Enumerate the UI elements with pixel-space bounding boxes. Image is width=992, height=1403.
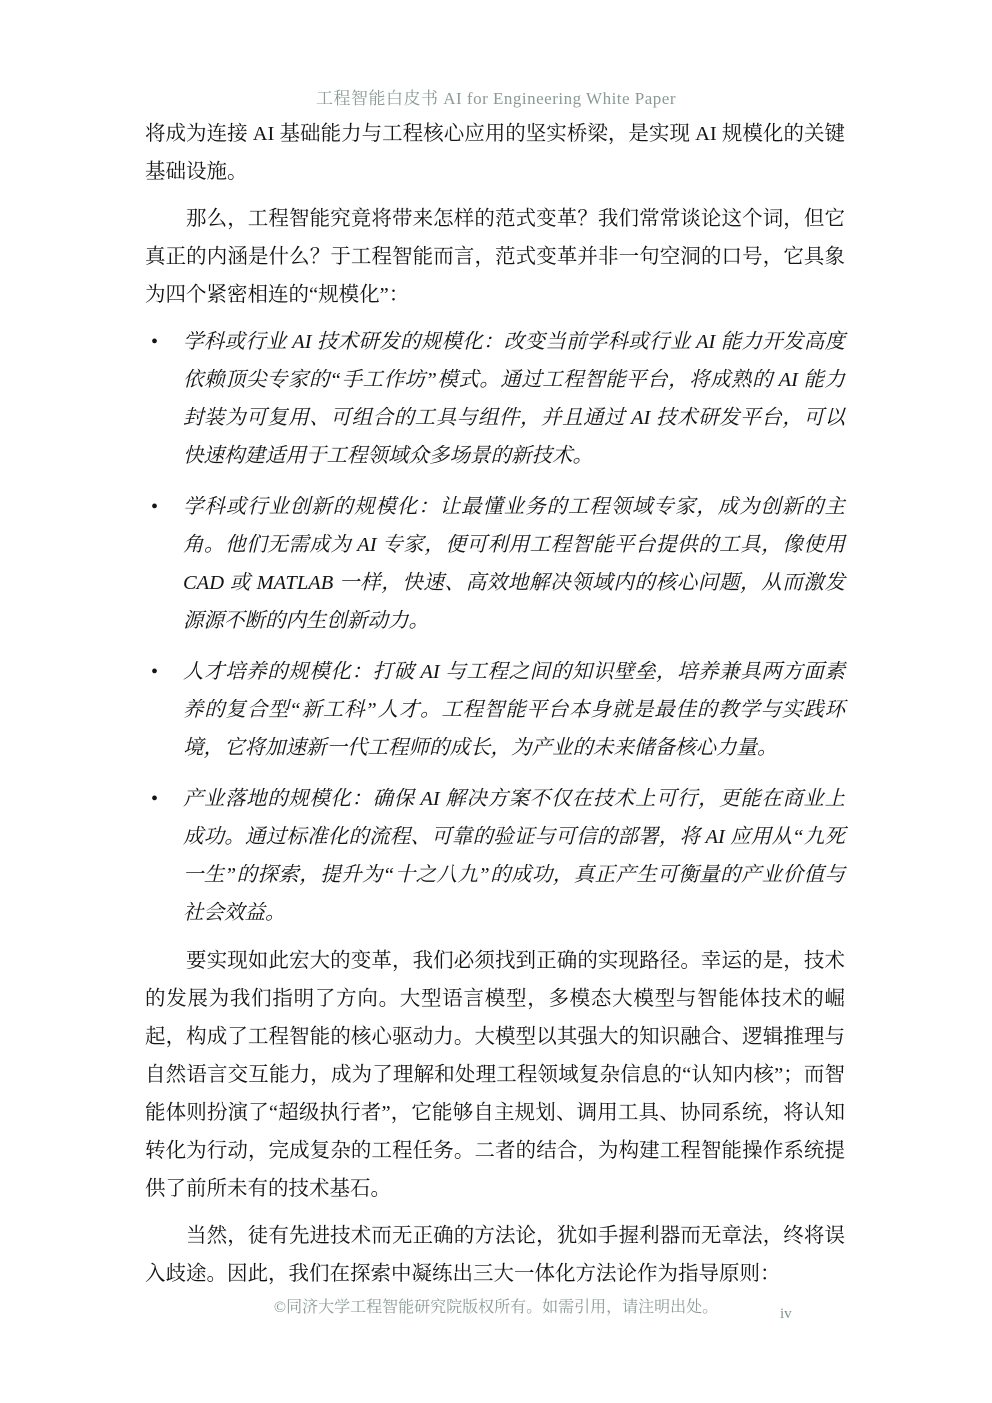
document-page: 工程智能白皮书 AI for Engineering White Paper 将… — [0, 0, 992, 1403]
page-body: 将成为连接 AI 基础能力与工程核心应用的坚实桥梁，是实现 AI 规模化的关键基… — [145, 115, 845, 1302]
bullet-text: 学科或行业创新的规模化：让最懂业务的工程领域专家，成为创新的主角。他们无需成为 … — [183, 496, 845, 632]
running-header: 工程智能白皮书 AI for Engineering White Paper — [0, 84, 992, 109]
bullet-text: 产业落地的规模化：确保 AI 解决方案不仅在技术上可行，更能在商业上成功。通过标… — [183, 788, 845, 924]
bullet-item-tech-rd-scaling: • 学科或行业 AI 技术研发的规模化：改变当前学科或行业 AI 能力开发高度依… — [145, 323, 845, 475]
bullet-icon: • — [151, 488, 158, 526]
paragraph-paradigm-shift-intro: 那么，工程智能究竟将带来怎样的范式变革？我们常常谈论这个词，但它真正的内涵是什么… — [145, 200, 845, 314]
bullet-item-innovation-scaling: • 学科或行业创新的规模化：让最懂业务的工程领域专家，成为创新的主角。他们无需成… — [145, 488, 845, 640]
bullet-text: 人才培养的规模化：打破 AI 与工程之间的知识壁垒，培养兼具两方面素养的复合型“… — [183, 661, 845, 759]
bullet-icon: • — [151, 323, 158, 361]
page-number: iv — [780, 1306, 792, 1323]
bullet-text: 学科或行业 AI 技术研发的规模化：改变当前学科或行业 AI 能力开发高度依赖顶… — [183, 331, 845, 467]
copyright-footer: ©同济大学工程智能研究院版权所有。如需引用，请注明出处。 — [0, 1294, 992, 1317]
bullet-icon: • — [151, 653, 158, 691]
bullet-item-industry-scaling: • 产业落地的规模化：确保 AI 解决方案不仅在技术上可行，更能在商业上成功。通… — [145, 780, 845, 932]
paragraph-technical-foundation: 要实现如此宏大的变革，我们必须找到正确的实现路径。幸运的是，技术的发展为我们指明… — [145, 942, 845, 1208]
paragraph-bridge-infrastructure: 将成为连接 AI 基础能力与工程核心应用的坚实桥梁，是实现 AI 规模化的关键基… — [145, 115, 845, 191]
paragraph-methodology-intro: 当然，徒有先进技术而无正确的方法论，犹如手握利器而无章法，终将误入歧途。因此，我… — [145, 1217, 845, 1293]
bullet-item-talent-scaling: • 人才培养的规模化：打破 AI 与工程之间的知识壁垒，培养兼具两方面素养的复合… — [145, 653, 845, 767]
bullet-icon: • — [151, 780, 158, 818]
scaling-bullet-list: • 学科或行业 AI 技术研发的规模化：改变当前学科或行业 AI 能力开发高度依… — [145, 323, 845, 932]
